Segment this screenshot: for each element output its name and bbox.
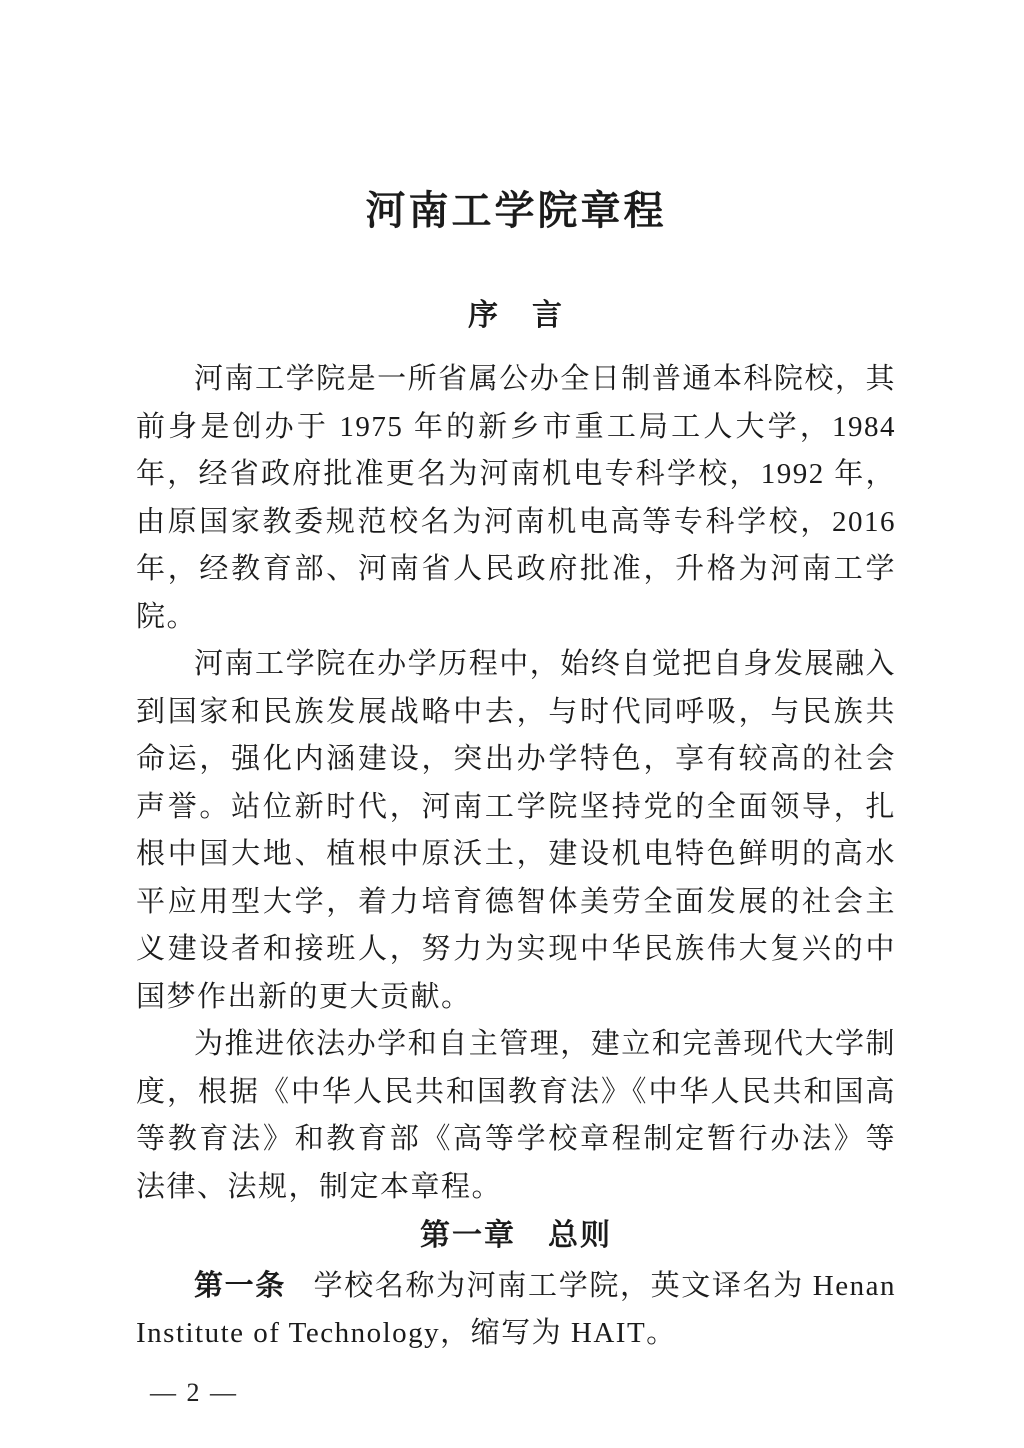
preface-paragraph-2: 河南工学院在办学历程中，始终自觉把自身发展融入到国家和民族发展战略中去，与时代同… xyxy=(136,641,896,1021)
document-title: 河南工学院章程 xyxy=(136,0,896,234)
preface-heading: 序 言 xyxy=(136,298,896,334)
article-1-label: 第一条 xyxy=(194,1270,286,1302)
document-content: 河南工学院章程 序 言 河南工学院是一所省属公办全日制普通本科院校，其前身是创办… xyxy=(136,0,896,1408)
preface-paragraph-3: 为推进依法办学和自主管理，建立和完善现代大学制度，根据《中华人民共和国教育法》《… xyxy=(136,1021,896,1211)
article-1: 第一条学校名称为河南工学院，英文译名为 Henan Institute of T… xyxy=(136,1263,896,1358)
preface-paragraph-1: 河南工学院是一所省属公办全日制普通本科院校，其前身是创办于 1975 年的新乡市… xyxy=(136,356,896,641)
chapter-1-heading: 第一章 总则 xyxy=(136,1217,896,1255)
preface-body: 河南工学院是一所省属公办全日制普通本科院校，其前身是创办于 1975 年的新乡市… xyxy=(136,356,896,1211)
document-page: 河南工学院章程 序 言 河南工学院是一所省属公办全日制普通本科院校，其前身是创办… xyxy=(0,0,1024,1448)
page-number: — 2 — xyxy=(150,1378,896,1408)
